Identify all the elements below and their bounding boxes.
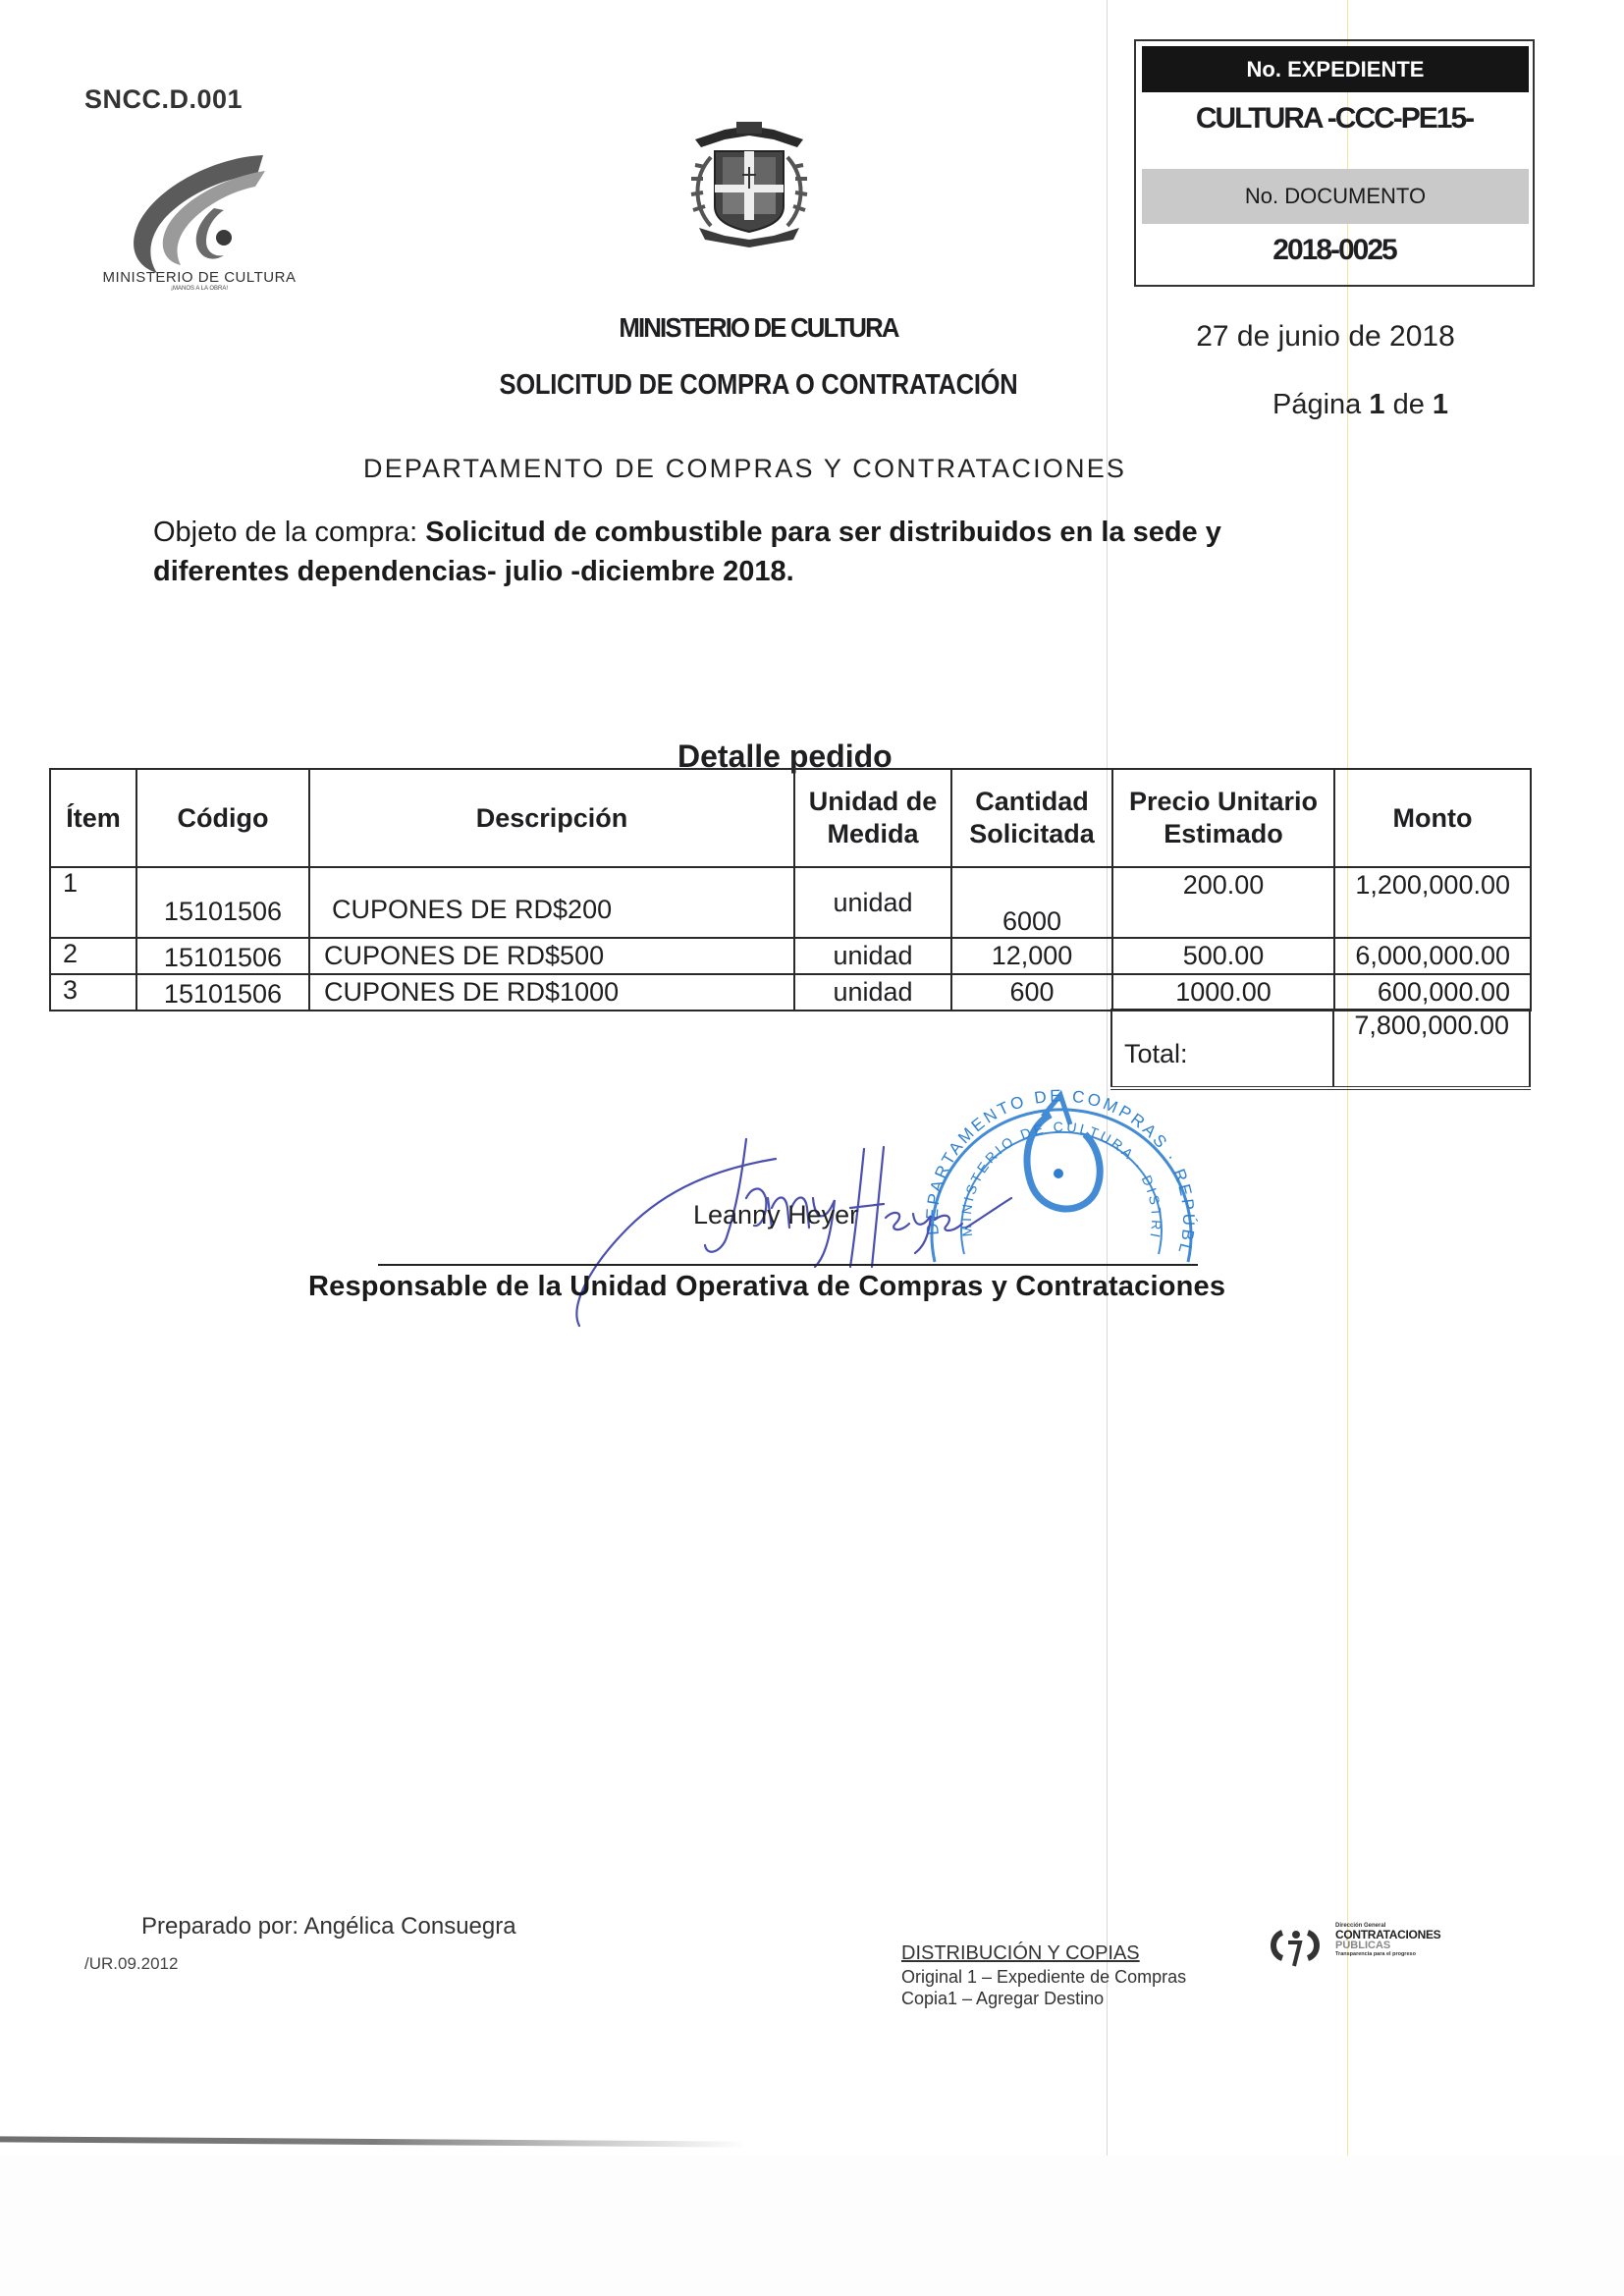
purchase-object: Objeto de la compra: Solicitud de combus… — [153, 513, 1331, 591]
column-header: Unidad de Medida — [794, 769, 951, 867]
scan-edge-shadow — [0, 2136, 746, 2147]
table-row: 3 15101506 CUPONES DE RD$1000 unidad 600… — [50, 974, 1531, 1011]
cell-monto: 600,000.00 — [1334, 974, 1531, 1011]
signature-line — [378, 1264, 1198, 1266]
cell-descripcion: CUPONES DE RD$500 — [309, 938, 794, 974]
signer-name: Leanny Heyer — [693, 1200, 858, 1230]
revision-code: /UR.09.2012 — [84, 1954, 178, 1974]
signature-icon — [550, 1129, 1021, 1336]
column-header: Cantidad Solicitada — [951, 769, 1112, 867]
cell-codigo: 15101506 — [136, 974, 309, 1011]
page-number: Página 1 de 1 — [1272, 389, 1448, 421]
cell-item: 2 — [50, 938, 136, 974]
total-value: 7,800,000.00 — [1333, 1010, 1530, 1088]
cell-unidad: unidad — [794, 974, 951, 1011]
column-header: Monto — [1334, 769, 1531, 867]
expediente-value: CULTURA -CCC-PE15- — [1136, 102, 1533, 136]
form-code: SNCC.D.001 — [84, 84, 243, 115]
cell-item: 1 — [50, 867, 136, 938]
department-title: DEPARTAMENTO DE COMPRAS Y CONTRATACIONES — [363, 454, 1126, 484]
cell-monto: 1,200,000.00 — [1334, 867, 1531, 938]
column-header: Precio Unitario Estimado — [1112, 769, 1334, 867]
purchase-object-label: Objeto de la compra: — [153, 517, 417, 548]
cell-precio: 1000.00 — [1112, 974, 1334, 1011]
cell-precio: 500.00 — [1112, 938, 1334, 974]
dgcp-sub: PÚBLICAS — [1335, 1941, 1440, 1951]
form-title: SOLICITUD DE COMPRA O CONTRATACIÓN — [462, 369, 1055, 402]
detalle-table: Ítem Código Descripción Unidad de Medida… — [49, 768, 1532, 1011]
distribution-title: DISTRIBUCIÓN Y COPIAS — [901, 1942, 1140, 1965]
logo-cultura-tagline: ¡MANOS A LA OBRA! — [96, 286, 302, 292]
cell-codigo: 15101506 — [136, 867, 309, 938]
cell-cantidad: 6000 — [951, 867, 1112, 938]
cell-descripcion: CUPONES DE RD$1000 — [309, 974, 794, 1011]
prepared-by: Preparado por: Angélica Consuegra — [141, 1913, 516, 1941]
cell-cantidad: 12,000 — [951, 938, 1112, 974]
document-date: 27 de junio de 2018 — [1178, 320, 1473, 354]
page-current: 1 — [1369, 389, 1384, 420]
coat-of-arms-icon — [676, 108, 823, 255]
cell-codigo: 15101506 — [136, 938, 309, 974]
cell-precio: 200.00 — [1112, 867, 1334, 938]
column-header: Descripción — [309, 769, 794, 867]
expediente-box: No. EXPEDIENTE CULTURA -CCC-PE15- No. DO… — [1134, 39, 1535, 287]
page-label: Página — [1272, 389, 1361, 420]
column-header: Código — [136, 769, 309, 867]
documento-label: No. DOCUMENTO — [1142, 169, 1529, 224]
dgcp-tagline: Transparencia para el progreso — [1335, 1951, 1440, 1957]
distribution-line: Copia1 – Agregar Destino — [901, 1989, 1104, 2009]
table-row: 2 15101506 CUPONES DE RD$500 unidad 12,0… — [50, 938, 1531, 974]
logo-cultura-name: MINISTERIO DE CULTURA — [96, 269, 302, 286]
cell-unidad: unidad — [794, 867, 951, 938]
cell-cantidad: 600 — [951, 974, 1112, 1011]
page-total: 1 — [1433, 389, 1448, 420]
expediente-label: No. EXPEDIENTE — [1142, 46, 1529, 92]
cell-item: 3 — [50, 974, 136, 1011]
table-header-row: Ítem Código Descripción Unidad de Medida… — [50, 769, 1531, 867]
dgcp-logo-icon — [1267, 1925, 1326, 1969]
distribution-line: Original 1 – Expediente de Compras — [901, 1967, 1186, 1988]
signer-role: Responsable de la Unidad Operativa de Co… — [308, 1271, 1225, 1303]
cell-monto: 6,000,000.00 — [1334, 938, 1531, 974]
cell-unidad: unidad — [794, 938, 951, 974]
table-row: 1 15101506 CUPONES DE RD$200 unidad 6000… — [50, 867, 1531, 938]
cell-descripcion: CUPONES DE RD$200 — [309, 867, 794, 938]
ministry-title: MINISTERIO DE CULTURA — [513, 312, 1004, 344]
document-page: SNCC.D.001 MINISTERIO DE CULTURA ¡MANOS … — [0, 0, 1624, 2156]
documento-value: 2018-0025 — [1136, 234, 1533, 267]
page-sep: de — [1393, 389, 1425, 420]
dgcp-logo-text: Dirección General CONTRATACIONES PÚBLICA… — [1335, 1923, 1440, 1957]
column-header: Ítem — [50, 769, 136, 867]
